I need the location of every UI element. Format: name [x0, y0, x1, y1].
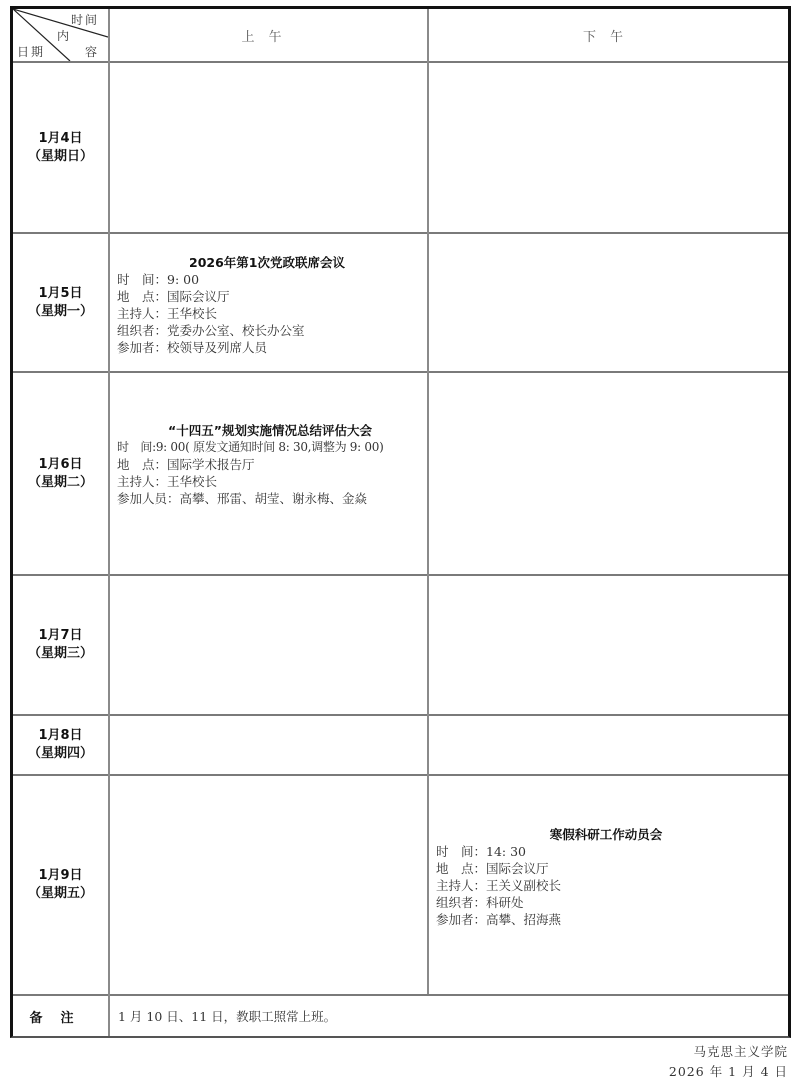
weekday-label: （星期四） [28, 745, 93, 763]
event-attendees: 参加人员：高攀、邢雷、胡莹、谢永梅、金焱 [117, 490, 423, 507]
date-cell-jan9: 1月9日 （星期五） [13, 776, 108, 994]
divider [13, 61, 788, 63]
date-label: 1月6日 [38, 456, 82, 474]
divider [13, 574, 788, 576]
event-organizer: 组织者：科研处 [436, 894, 776, 911]
date-label: 1月5日 [38, 285, 82, 303]
header-corner-cell: 时间 内 日期 容 [13, 9, 108, 61]
divider [427, 9, 429, 994]
weekday-label: （星期三） [28, 645, 93, 663]
footer-organization: 马克思主义学院 [693, 1042, 788, 1060]
event-title: “十四五”规划实施情况总结评估大会 [117, 422, 423, 439]
remarks-text: 1 月 10 日、11 日，教职工照常上班。 [110, 996, 791, 1036]
weekday-label: （星期五） [28, 885, 93, 903]
remarks-label: 备注 [13, 996, 108, 1036]
event-location: 地 点：国际会议厅 [117, 288, 417, 305]
date-cell-jan4: 1月4日 （星期日） [13, 63, 108, 232]
corner-label-content2: 容 [85, 43, 99, 60]
footer-date: 2026 年 1 月 4 日 [669, 1062, 788, 1080]
event-jan6-morning: “十四五”规划实施情况总结评估大会 时 间:9: 00( 原发文通知时间 8: … [117, 422, 423, 507]
weekday-label: （星期一） [28, 303, 93, 321]
date-label: 1月9日 [38, 867, 82, 885]
date-label: 1月7日 [38, 627, 82, 645]
corner-label-time: 时间 [71, 11, 99, 28]
event-host: 主持人：王华校长 [117, 305, 417, 322]
event-attendees: 参加者：校领导及列席人员 [117, 339, 417, 356]
corner-label-content: 内 [57, 27, 71, 44]
date-label: 1月8日 [38, 727, 82, 745]
divider [13, 232, 788, 234]
event-time: 时 间:9: 00( 原发文通知时间 8: 30,调整为 9: 00) [117, 439, 423, 456]
event-host: 主持人：王关义副校长 [436, 877, 776, 894]
event-organizer: 组织者：党委办公室、校长办公室 [117, 322, 417, 339]
event-attendees: 参加者：高攀、招海燕 [436, 911, 776, 928]
weekday-label: （星期日） [28, 148, 93, 166]
event-title: 2026年第1次党政联席会议 [117, 254, 417, 271]
event-location: 地 点：国际学术报告厅 [117, 456, 423, 473]
divider [13, 371, 788, 373]
date-cell-jan8: 1月8日 （星期四） [13, 716, 108, 774]
header-morning: 上午 [110, 9, 427, 61]
divider [13, 714, 788, 716]
event-time: 时 间：9: 00 [117, 271, 417, 288]
header-afternoon: 下午 [429, 9, 791, 61]
divider [13, 774, 788, 776]
weekday-label: （星期二） [28, 474, 93, 492]
event-host: 主持人：王华校长 [117, 473, 423, 490]
weekly-schedule-table: 时间 内 日期 容 上午 下午 1月4日 （星期日） 1月5日 （星期一） 1月… [10, 6, 791, 1038]
date-label: 1月4日 [38, 130, 82, 148]
event-time: 时 间：14: 30 [436, 843, 776, 860]
event-jan5-morning: 2026年第1次党政联席会议 时 间：9: 00 地 点：国际会议厅 主持人：王… [117, 254, 417, 356]
divider [108, 9, 110, 1036]
date-cell-jan7: 1月7日 （星期三） [13, 576, 108, 714]
corner-label-date: 日期 [17, 43, 45, 60]
event-jan9-afternoon: 寒假科研工作动员会 时 间：14: 30 地 点：国际会议厅 主持人：王关义副校… [436, 826, 776, 928]
event-location: 地 点：国际会议厅 [436, 860, 776, 877]
event-title: 寒假科研工作动员会 [436, 826, 776, 843]
date-cell-jan6: 1月6日 （星期二） [13, 373, 108, 574]
date-cell-jan5: 1月5日 （星期一） [13, 234, 108, 371]
